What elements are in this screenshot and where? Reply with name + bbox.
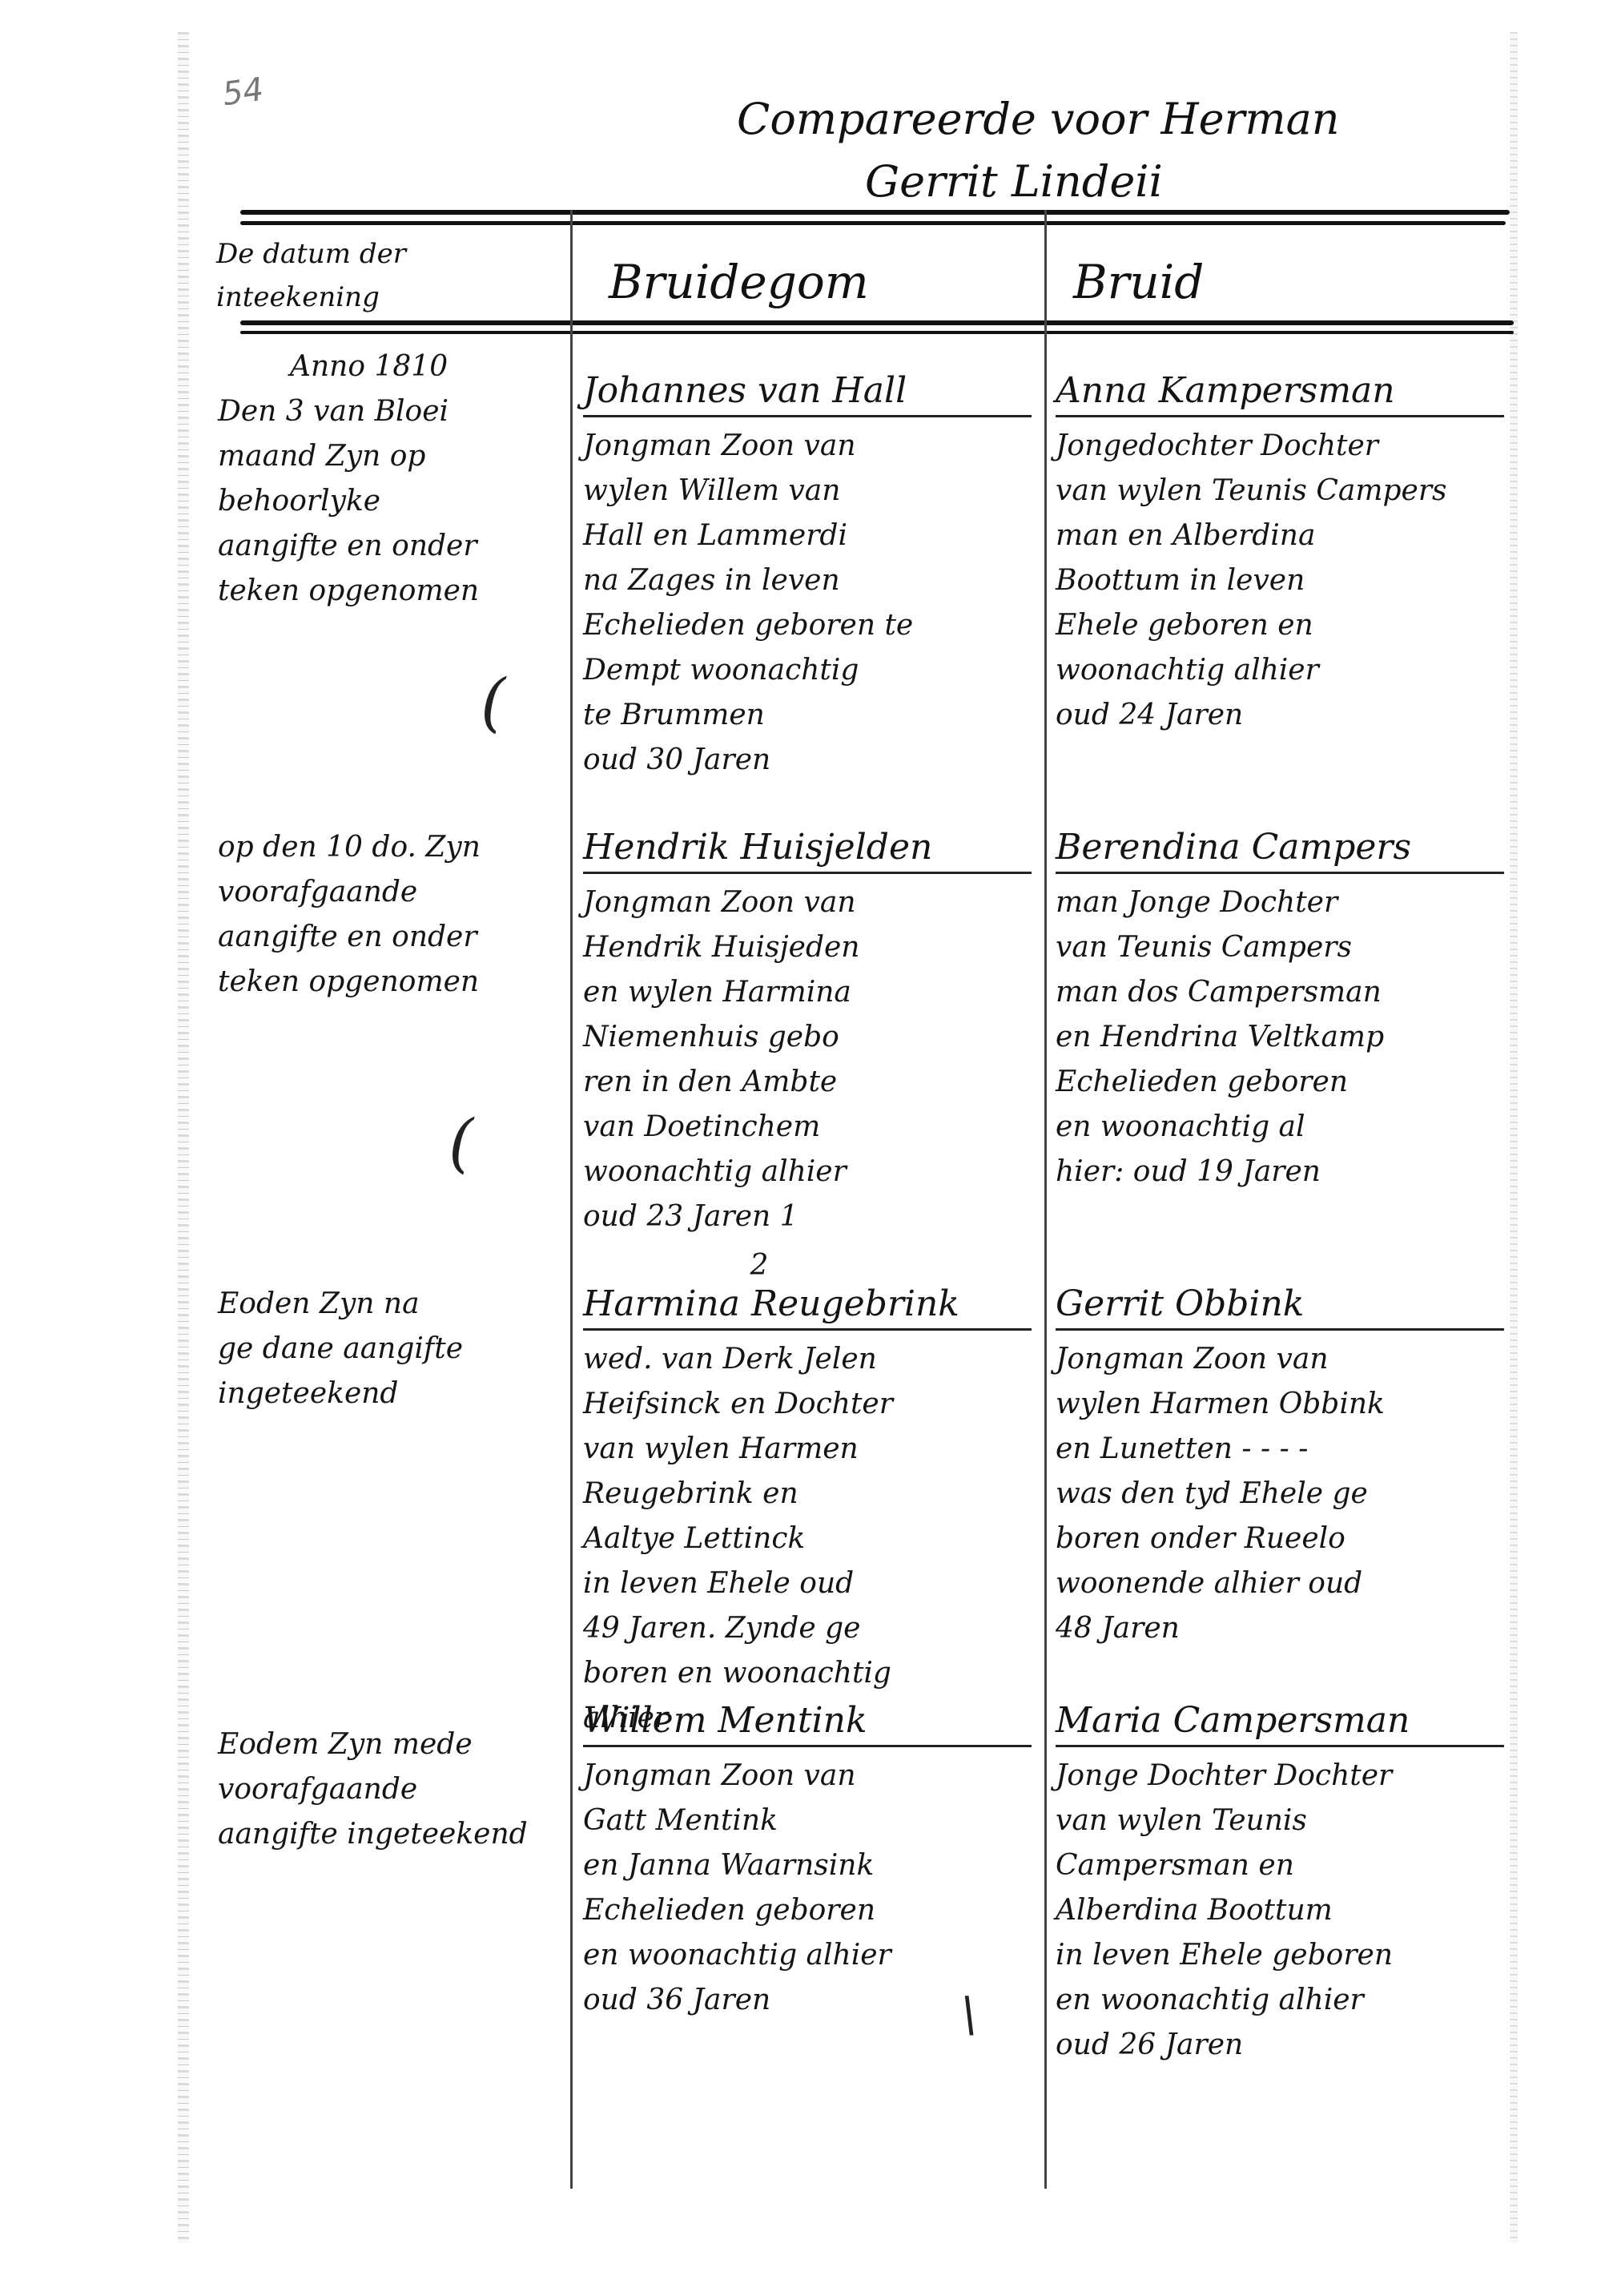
entry-3-date: Eoden Zyn na ge dane aangifte ingeteeken… [218,1282,562,1416]
groom-name: Johannes van Hall [583,369,1032,417]
entry-1-date: Anno 1810 Den 3 van Bloei maand Zyn op b… [218,344,562,614]
bride-line: woonende alhier oud [1056,1561,1512,1606]
bride-line: in leven Ehele geboren [1056,1933,1512,1978]
page-number: 54 [220,71,266,114]
groom-line: Niemenhuis gebo [583,1015,1040,1060]
bride-line: en Lunetten - - - - [1056,1427,1512,1472]
groom-line: Jongman Zoon van [583,880,1040,925]
column-header-bride: Bruid [1073,255,1490,309]
bride-line: en Hendrina Veltkamp [1056,1015,1512,1060]
date-line: Eodem Zyn mede [218,1722,562,1767]
groom-line: en Janna Waarnsink [583,1843,1040,1888]
groom-line: wylen Willem van [583,469,1040,514]
entry-1-bride: Anna Kampersman Jongedochter Dochter van… [1056,369,1512,738]
bride-line: van wylen Teunis Campers [1056,469,1512,514]
bride-line: man Jonge Dochter [1056,880,1512,925]
groom-line: boren en woonachtig [583,1651,1040,1696]
date-line: ge dane aangifte [218,1327,562,1372]
entry-4-groom: Willem Mentink Jongman Zoon van Gatt Men… [583,1698,1040,2023]
groom-line: Hall en Lammerdi [583,514,1040,558]
top-rule-2 [240,221,1506,225]
groom-line: Jongman Zoon van [583,424,1040,469]
groom-name: Willem Mentink [583,1698,1032,1747]
entry-2-bride: Berendina Campers man Jonge Dochter van … [1056,825,1512,1194]
groom-line: en woonachtig alhier [583,1933,1040,1978]
bride-line: wylen Harmen Obbink [1056,1382,1512,1427]
entry-4-bride: Maria Campersman Jonge Dochter Dochter v… [1056,1698,1512,2068]
groom-name: Harmina Reugebrink [583,1282,1032,1331]
title-line-1: Compareerde voor Herman [721,88,1490,151]
groom-line: van Doetinchem [583,1105,1040,1150]
title-line-2: Gerrit Lindeii [721,151,1490,213]
groom-line: woonachtig alhier [583,1150,1040,1194]
groom-line: in leven Ehele oud [583,1561,1040,1606]
entry-3-groom: 2 Harmina Reugebrink wed. van Derk Jelen… [583,1250,1040,1741]
date-line: teken opgenomen [218,960,562,1005]
groom-line: ren in den Ambte [583,1060,1040,1105]
bride-line: Jongman Zoon van [1056,1337,1512,1382]
entry-year: Anno 1810 [218,344,562,389]
bride-line: en woonachtig al [1056,1105,1512,1150]
bride-line: boren onder Rueelo [1056,1517,1512,1561]
groom-line: en wylen Harmina [583,970,1040,1015]
date-line: aangifte en onder [218,915,562,960]
groom-line: wed. van Derk Jelen [583,1337,1040,1382]
bride-name: Berendina Campers [1056,825,1504,874]
bride-line: woonachtig alhier [1056,648,1512,693]
header-rule-1 [240,320,1514,325]
entry-2-groom: Hendrik Huisjelden Jongman Zoon van Hend… [583,825,1040,1239]
date-line: aangifte ingeteekend [218,1812,562,1857]
flourish-mark: ( [481,665,505,739]
bride-line: Ehele geboren en [1056,603,1512,648]
groom-line: Reugebrink en [583,1472,1040,1517]
bride-line: oud 26 Jaren [1056,2023,1512,2068]
groom-line: oud 30 Jaren [583,738,1040,783]
column-header-date: De datum der inteekening [216,232,553,319]
groom-line: Jongman Zoon van [583,1754,1040,1799]
groom-line: Aaltye Lettinck [583,1517,1040,1561]
groom-line: Gatt Mentink [583,1799,1040,1843]
groom-line: na Zages in leven [583,558,1040,603]
entry-number: 2 [583,1250,935,1282]
bride-line: Echelieden geboren [1056,1060,1512,1105]
date-line: op den 10 do. Zyn [218,825,562,870]
bride-name: Gerrit Obbink [1056,1282,1504,1331]
column-divider-2 [1044,210,1047,2189]
date-line: behoorlyke [218,479,562,524]
page-title: Compareerde voor Herman Gerrit Lindeii [721,88,1490,213]
bride-name: Maria Campersman [1056,1698,1504,1747]
entry-1-groom: Johannes van Hall Jongman Zoon van wylen… [583,369,1040,783]
bride-line: 48 Jaren [1056,1606,1512,1651]
date-line: Eoden Zyn na [218,1282,562,1327]
groom-line: Dempt woonachtig [583,648,1040,693]
groom-line: oud 23 Jaren 1 [583,1194,1040,1239]
date-line: aangifte en onder [218,524,562,569]
entry-2-date: op den 10 do. Zyn voorafgaande aangifte … [218,825,562,1005]
bride-line: van Teunis Campers [1056,925,1512,970]
bride-line: Campersman en [1056,1843,1512,1888]
bride-line: man dos Campersman [1056,970,1512,1015]
date-line: teken opgenomen [218,569,562,614]
groom-line: van wylen Harmen [583,1427,1040,1472]
date-line: ingeteekend [218,1372,562,1416]
groom-line: Hendrik Huisjeden [583,925,1040,970]
bride-line: Jonge Dochter Dochter [1056,1754,1512,1799]
bride-line: Boottum in leven [1056,558,1512,603]
groom-line: Echelieden geboren te [583,603,1040,648]
scan-edge-left [178,32,189,2243]
flourish-mark: ( [448,1106,473,1180]
groom-line: Heifsinck en Dochter [583,1382,1040,1427]
ink-stroke-mark: \ [961,1987,977,2043]
groom-line: te Brummen [583,693,1040,738]
bride-line: Alberdina Boottum [1056,1888,1512,1933]
bride-line: van wylen Teunis [1056,1799,1512,1843]
date-line: maand Zyn op [218,434,562,479]
register-page: 54 Compareerde voor Herman Gerrit Lindei… [0,0,1621,2296]
bride-name: Anna Kampersman [1056,369,1504,417]
column-divider-1 [570,210,573,2189]
groom-name: Hendrik Huisjelden [583,825,1032,874]
bride-line: Jongedochter Dochter [1056,424,1512,469]
header-rule-2 [240,331,1514,334]
date-line: Den 3 van Bloei [218,389,562,434]
entry-3-bride: Gerrit Obbink Jongman Zoon van wylen Har… [1056,1282,1512,1651]
bride-line: oud 24 Jaren [1056,693,1512,738]
date-line: voorafgaande [218,1767,562,1812]
bride-line: was den tyd Ehele ge [1056,1472,1512,1517]
bride-line: en woonachtig alhier [1056,1978,1512,2023]
date-line: voorafgaande [218,870,562,915]
column-header-groom: Bruidegom [609,255,1025,309]
groom-line: 49 Jaren. Zynde ge [583,1606,1040,1651]
bride-line: hier: oud 19 Jaren [1056,1150,1512,1194]
bride-line: man en Alberdina [1056,514,1512,558]
entry-4-date: Eodem Zyn mede voorafgaande aangifte ing… [218,1722,562,1857]
top-rule-1 [240,210,1510,215]
groom-line: Echelieden geboren [583,1888,1040,1933]
